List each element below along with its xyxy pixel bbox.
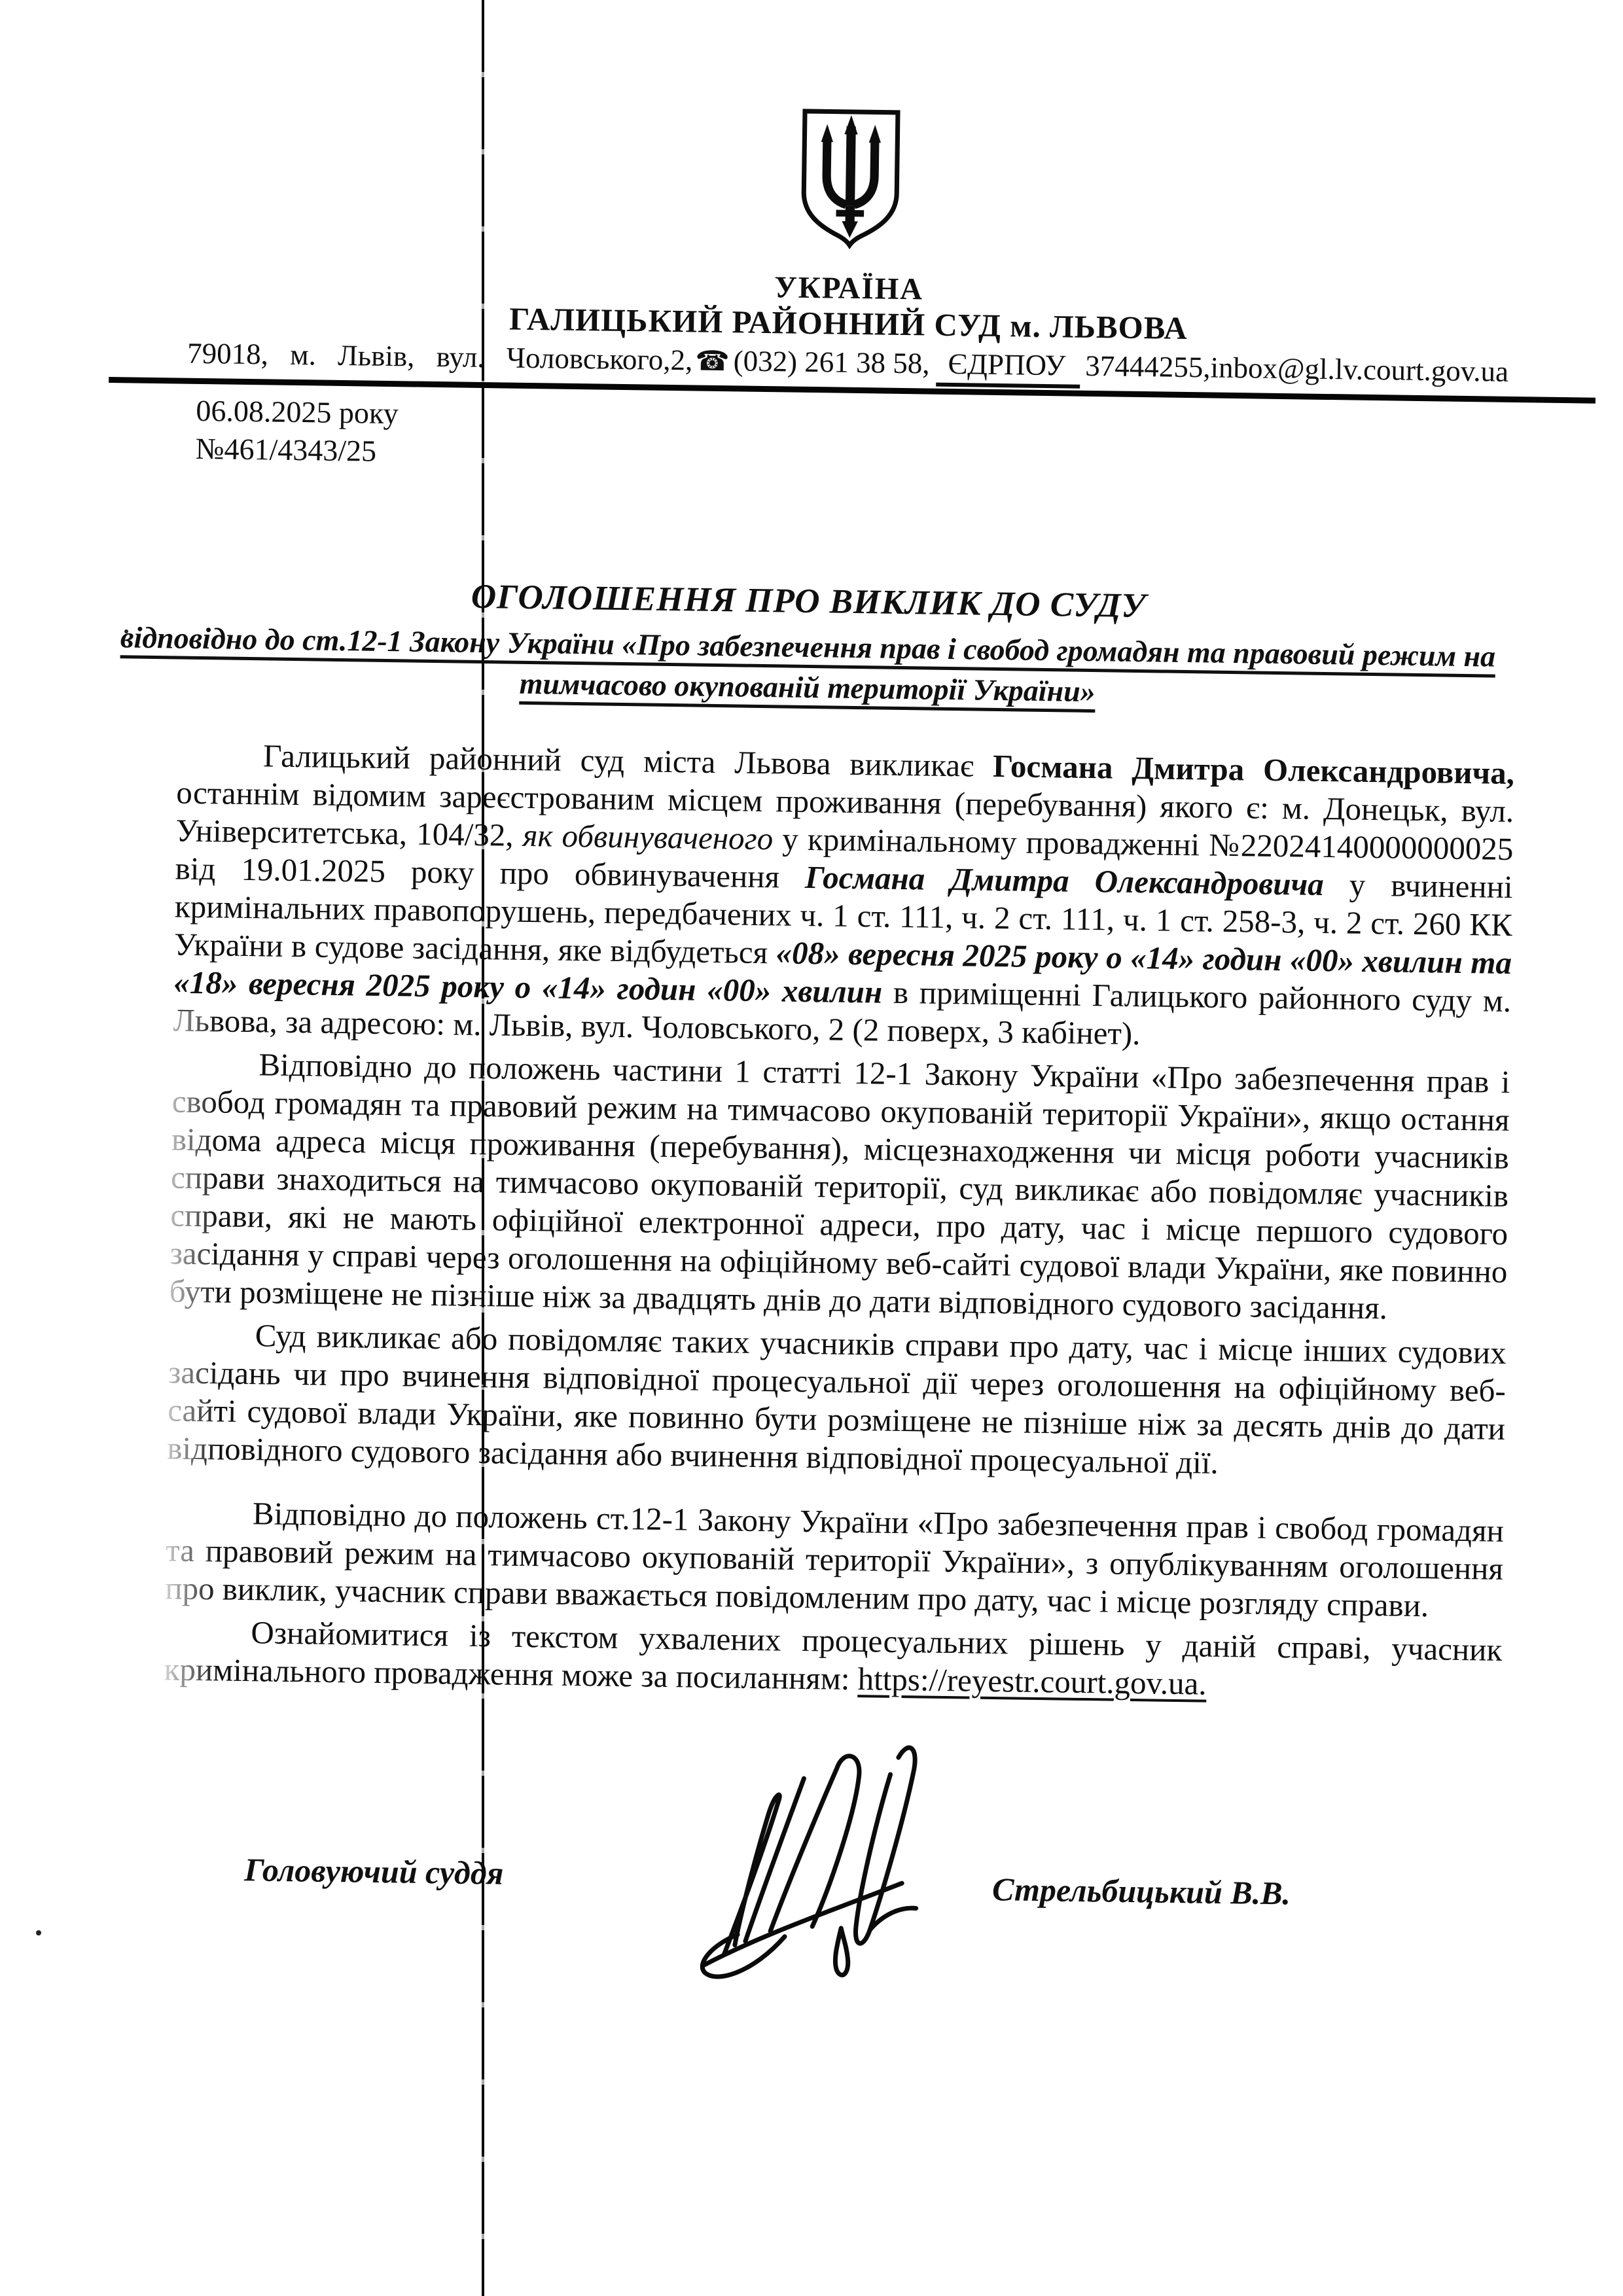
paragraph-notification-effect: Відповідно до положень ст.12-1 Закону Ук… xyxy=(165,1493,1504,1626)
registry-text: Ознайомитися із текстом ухвалених процес… xyxy=(164,1614,1502,1697)
scan-speck xyxy=(36,1930,41,1935)
scan-edge-fade xyxy=(161,1011,217,1862)
defendant-name: Госмана Дмитра Олександровича, xyxy=(993,748,1515,791)
paragraph-summons: Галицький районний суд міста Львова викл… xyxy=(173,736,1514,1058)
ukraine-trident-emblem-icon xyxy=(794,106,906,250)
letterhead: УКРАЇНА ГАЛИЦЬКИЙ РАЙОННИЙ СУД м. ЛЬВОВА… xyxy=(111,96,1588,403)
document-subtitle: відповідно до ст.12-1 Закону України «Пр… xyxy=(113,617,1502,718)
registry-url-link[interactable]: https://reyestr.court.gov.ua. xyxy=(857,1661,1207,1701)
defendant-name: Госмана Дмитра Олександровича xyxy=(805,859,1324,902)
judge-signature xyxy=(665,1714,931,2005)
title-block: ОГОЛОШЕННЯ ПРО ВИКЛИК ДО СУДУ відповідно… xyxy=(0,570,1620,720)
postal-address: 79018, м. Львів, вул. Чоловського,2, xyxy=(187,337,693,377)
paragraph-law-other-hearings: Суд викликає або повідомляє таких учасни… xyxy=(167,1315,1507,1486)
phone-number: (032) 261 38 58, xyxy=(733,344,930,380)
paragraph-registry-link: Ознайомитися із текстом ухвалених процес… xyxy=(164,1612,1502,1707)
phone-icon: ☎ xyxy=(692,344,734,377)
judge-role-label: Головуючий суддя xyxy=(244,1850,504,1892)
scan-fold-line xyxy=(482,0,484,2296)
judge-name: Стрельбицький В.В. xyxy=(992,1870,1291,1912)
edrpou-and-email: 37444255,inbox@gl.lv.court.gov.ua xyxy=(1085,349,1508,388)
document-body: Галицький районний суд міста Львова викл… xyxy=(164,736,1514,1707)
signature-block: Головуючий суддя Стрельбицький В.В. xyxy=(0,1769,1603,2159)
edrpou-label: ЄДРПОУ xyxy=(936,346,1080,389)
scan-speck xyxy=(124,629,128,633)
document-page: УКРАЇНА ГАЛИЦЬКИЙ РАЙОННИЙ СУД м. ЛЬВОВА… xyxy=(0,0,1623,2159)
scanned-court-document: УКРАЇНА ГАЛИЦЬКИЙ РАЙОННИЙ СУД м. ЛЬВОВА… xyxy=(0,0,1623,2296)
p1-segment-role: як обвинуваченого xyxy=(522,817,773,857)
reference-block: 06.08.2025 року №461/4343/25 xyxy=(195,392,1622,487)
paragraph-law-first-hearing: Відповідно до положень частини 1 статті … xyxy=(169,1044,1510,1328)
